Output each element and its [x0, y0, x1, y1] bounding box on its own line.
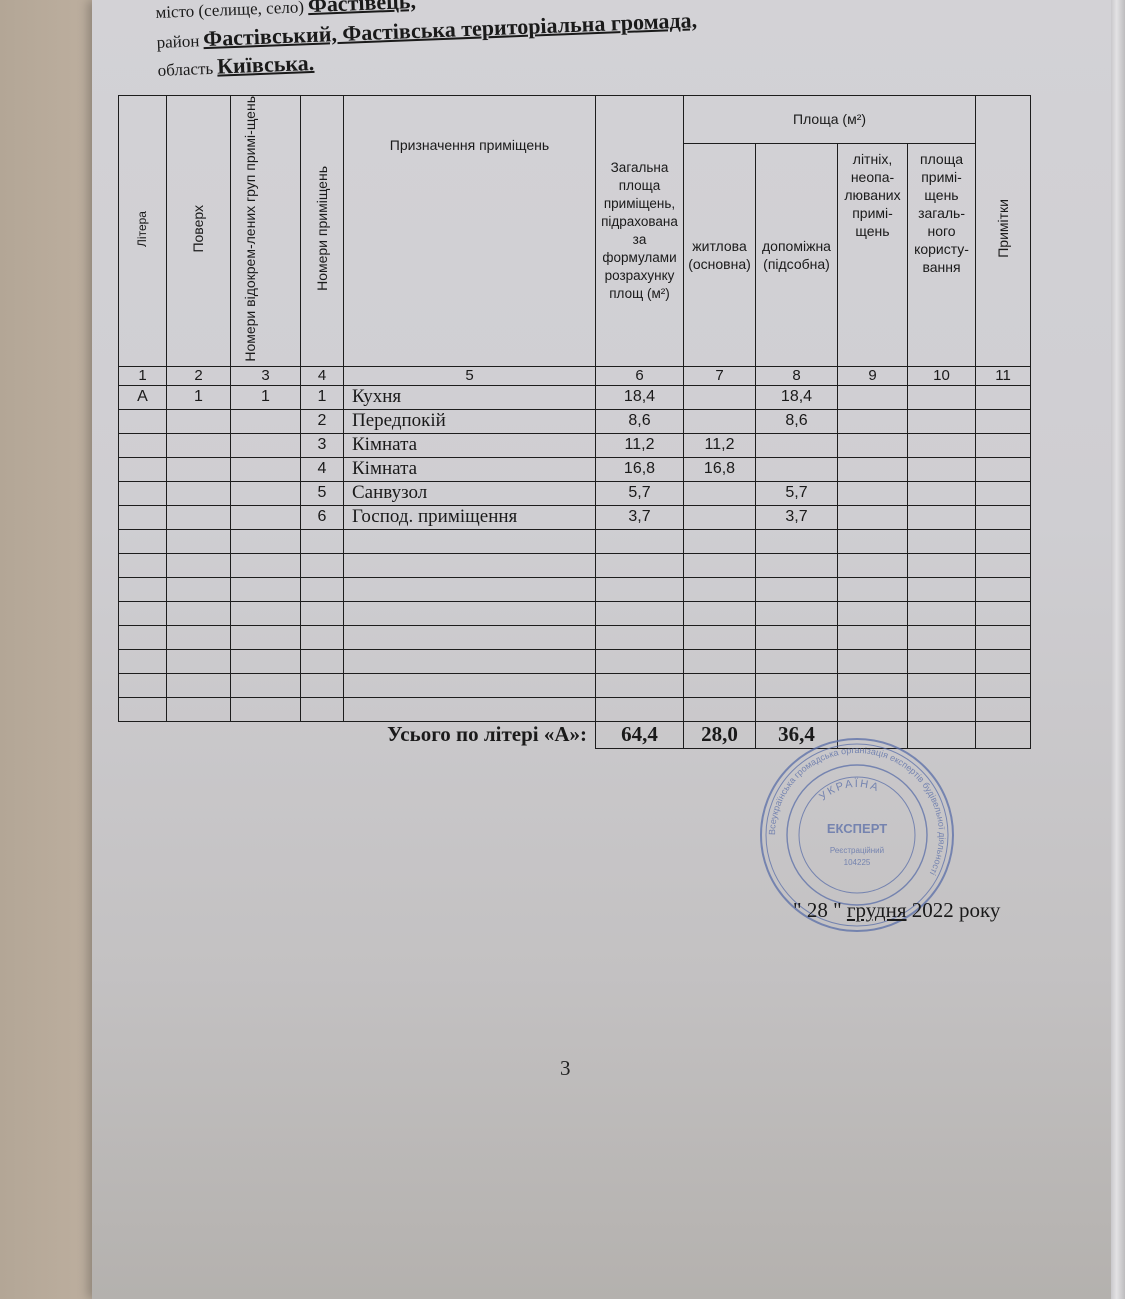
cell-group — [231, 409, 301, 433]
cell-floor — [167, 577, 231, 601]
cell-floor — [167, 697, 231, 721]
cell-living — [684, 481, 756, 505]
table-row — [119, 553, 1031, 577]
cell-summer — [838, 625, 908, 649]
cell-total — [596, 697, 684, 721]
cell-living — [684, 577, 756, 601]
cell-summer — [838, 673, 908, 697]
cell-litera — [119, 553, 167, 577]
cell-room — [301, 529, 344, 553]
column-number: 8 — [756, 366, 838, 385]
cell-group — [231, 433, 301, 457]
cell-litera — [119, 673, 167, 697]
cell-auxiliary: 5,7 — [756, 481, 838, 505]
cell-auxiliary — [756, 625, 838, 649]
rooms-table-wrapper: Літера Поверх Номери відокрем-лених груп… — [118, 95, 1030, 749]
table-row: 2Передпокій8,68,6 — [119, 409, 1031, 433]
table-row — [119, 697, 1031, 721]
cell-group — [231, 625, 301, 649]
cell-room: 5 — [301, 481, 344, 505]
header-auxiliary: допоміжна (підсобна) — [756, 143, 838, 366]
cell-notes — [976, 457, 1031, 481]
cell-group — [231, 697, 301, 721]
column-number: 10 — [908, 366, 976, 385]
header-purpose: Призначення приміщень — [344, 96, 596, 367]
total-label: Усього по літері «А»: — [344, 721, 596, 748]
cell-purpose — [344, 649, 596, 673]
cell-living: 16,8 — [684, 457, 756, 481]
cell-common — [908, 433, 976, 457]
cell-group — [231, 529, 301, 553]
cell-summer — [838, 385, 908, 409]
table-row: 3Кімната11,211,2 — [119, 433, 1031, 457]
cell-group — [231, 601, 301, 625]
cell-auxiliary: 18,4 — [756, 385, 838, 409]
cell-group: 1 — [231, 385, 301, 409]
cell-room: 2 — [301, 409, 344, 433]
total-notes — [976, 721, 1031, 748]
rooms-table: Літера Поверх Номери відокрем-лених груп… — [118, 95, 1031, 749]
table-row: 5Санвузол5,75,7 — [119, 481, 1031, 505]
cell-living — [684, 529, 756, 553]
cell-litera — [119, 649, 167, 673]
column-number: 9 — [838, 366, 908, 385]
column-number: 11 — [976, 366, 1031, 385]
cell-floor — [167, 481, 231, 505]
header-area-group: Площа (м²) — [684, 96, 976, 144]
cell-litera — [119, 409, 167, 433]
cell-purpose — [344, 697, 596, 721]
cell-summer — [838, 529, 908, 553]
column-number: 3 — [231, 366, 301, 385]
total-area-sum: 64,4 — [596, 721, 684, 748]
table-row — [119, 673, 1031, 697]
cell-notes — [976, 673, 1031, 697]
total-living-sum: 28,0 — [684, 721, 756, 748]
cell-auxiliary: 8,6 — [756, 409, 838, 433]
cell-room: 3 — [301, 433, 344, 457]
cell-litera — [119, 433, 167, 457]
cell-common — [908, 577, 976, 601]
cell-purpose: Кімната — [344, 457, 596, 481]
cell-notes — [976, 505, 1031, 529]
cell-room: 6 — [301, 505, 344, 529]
cell-summer — [838, 457, 908, 481]
cell-notes — [976, 553, 1031, 577]
table-row — [119, 577, 1031, 601]
cell-group — [231, 649, 301, 673]
cell-notes — [976, 601, 1031, 625]
district-label: район — [156, 31, 199, 52]
region-value: Київська. — [217, 50, 315, 79]
cell-litera: А — [119, 385, 167, 409]
cell-notes — [976, 625, 1031, 649]
cell-living — [684, 625, 756, 649]
table-row: А111Кухня18,418,4 — [119, 385, 1031, 409]
cell-common — [908, 625, 976, 649]
cell-room: 1 — [301, 385, 344, 409]
cell-total — [596, 577, 684, 601]
cell-summer — [838, 577, 908, 601]
cell-total — [596, 673, 684, 697]
cell-auxiliary — [756, 553, 838, 577]
cell-common — [908, 481, 976, 505]
cell-floor — [167, 601, 231, 625]
cell-group — [231, 505, 301, 529]
cell-floor — [167, 505, 231, 529]
cell-room — [301, 673, 344, 697]
header-room-numbers: Номери приміщень — [301, 96, 344, 367]
cell-total — [596, 649, 684, 673]
cell-group — [231, 553, 301, 577]
date-month: грудня — [847, 898, 907, 922]
cell-auxiliary — [756, 673, 838, 697]
cell-litera — [119, 601, 167, 625]
date-year: 2022 року — [912, 898, 1001, 922]
cell-room — [301, 577, 344, 601]
cell-summer — [838, 553, 908, 577]
svg-text:Реєстраційний: Реєстраційний — [830, 846, 884, 855]
header-total-area: Загальна площа приміщень, підрахована за… — [596, 96, 684, 367]
cell-notes — [976, 433, 1031, 457]
cell-summer — [838, 481, 908, 505]
cell-litera — [119, 577, 167, 601]
cell-purpose: Господ. приміщення — [344, 505, 596, 529]
cell-total — [596, 625, 684, 649]
cell-purpose — [344, 577, 596, 601]
cell-total: 8,6 — [596, 409, 684, 433]
cell-total — [596, 553, 684, 577]
cell-room — [301, 625, 344, 649]
column-number: 7 — [684, 366, 756, 385]
cell-litera — [119, 505, 167, 529]
header-notes: Примітки — [976, 96, 1031, 367]
signature-date: " 28 " грудня 2022 року — [793, 898, 1000, 923]
cell-living — [684, 601, 756, 625]
cell-litera — [119, 625, 167, 649]
region-label: область — [157, 59, 213, 80]
cell-purpose — [344, 529, 596, 553]
cell-room: 4 — [301, 457, 344, 481]
column-number: 4 — [301, 366, 344, 385]
cell-auxiliary — [756, 457, 838, 481]
cell-summer — [838, 649, 908, 673]
cell-living — [684, 409, 756, 433]
cell-auxiliary: 3,7 — [756, 505, 838, 529]
cell-total: 3,7 — [596, 505, 684, 529]
cell-group — [231, 481, 301, 505]
cell-purpose: Передпокій — [344, 409, 596, 433]
city-value: Фастівець, — [307, 0, 416, 17]
cell-room — [301, 649, 344, 673]
cell-purpose: Кімната — [344, 433, 596, 457]
cell-common — [908, 529, 976, 553]
cell-floor — [167, 625, 231, 649]
cell-common — [908, 697, 976, 721]
cell-floor: 1 — [167, 385, 231, 409]
table-row — [119, 649, 1031, 673]
cell-purpose — [344, 673, 596, 697]
cell-common — [908, 649, 976, 673]
column-number: 5 — [344, 366, 596, 385]
header-litera: Літера — [119, 96, 167, 367]
cell-purpose: Кухня — [344, 385, 596, 409]
rooms-table-body: А111Кухня18,418,42Передпокій8,68,63Кімна… — [119, 385, 1031, 721]
svg-text:УКРАЇНА: УКРАЇНА — [817, 778, 881, 803]
column-number: 2 — [167, 366, 231, 385]
table-row — [119, 625, 1031, 649]
header-group-numbers: Номери відокрем-лених груп примі-щень — [231, 96, 301, 367]
cell-floor — [167, 553, 231, 577]
cell-purpose — [344, 625, 596, 649]
cell-auxiliary — [756, 601, 838, 625]
table-row: 6Господ. приміщення3,73,7 — [119, 505, 1031, 529]
cell-auxiliary — [756, 697, 838, 721]
cell-living — [684, 553, 756, 577]
cell-litera — [119, 481, 167, 505]
cell-floor — [167, 457, 231, 481]
cell-total — [596, 601, 684, 625]
cell-living: 11,2 — [684, 433, 756, 457]
cell-auxiliary — [756, 577, 838, 601]
cell-common — [908, 505, 976, 529]
cell-litera — [119, 529, 167, 553]
cell-litera — [119, 457, 167, 481]
cell-summer — [838, 601, 908, 625]
cell-group — [231, 673, 301, 697]
cell-room — [301, 553, 344, 577]
cell-room — [301, 697, 344, 721]
cell-living — [684, 673, 756, 697]
cell-group — [231, 457, 301, 481]
column-number: 1 — [119, 366, 167, 385]
cell-total: 18,4 — [596, 385, 684, 409]
cell-common — [908, 457, 976, 481]
cell-purpose — [344, 601, 596, 625]
svg-text:ЕКСПЕРТ: ЕКСПЕРТ — [827, 821, 887, 836]
cell-summer — [838, 697, 908, 721]
cell-notes — [976, 577, 1031, 601]
cell-auxiliary — [756, 433, 838, 457]
cell-auxiliary — [756, 649, 838, 673]
page-stack-edge — [1111, 0, 1125, 1299]
cell-living — [684, 697, 756, 721]
cell-notes — [976, 697, 1031, 721]
cell-total — [596, 529, 684, 553]
cell-purpose — [344, 553, 596, 577]
column-number: 6 — [596, 366, 684, 385]
cell-living — [684, 649, 756, 673]
cell-notes — [976, 385, 1031, 409]
city-label: місто (селище, село) — [155, 0, 304, 22]
cell-auxiliary — [756, 529, 838, 553]
cell-common — [908, 409, 976, 433]
svg-text:104225: 104225 — [844, 858, 871, 867]
cell-room — [301, 601, 344, 625]
header-floor: Поверх — [167, 96, 231, 367]
table-row: 4Кімната16,816,8 — [119, 457, 1031, 481]
cell-notes — [976, 529, 1031, 553]
cell-living — [684, 505, 756, 529]
cell-living — [684, 385, 756, 409]
header-common: площа примі-щень загаль-ного користу-ван… — [908, 143, 976, 366]
cell-floor — [167, 409, 231, 433]
table-row — [119, 601, 1031, 625]
cell-floor — [167, 433, 231, 457]
table-row — [119, 529, 1031, 553]
cell-common — [908, 673, 976, 697]
cell-floor — [167, 529, 231, 553]
cell-common — [908, 385, 976, 409]
cell-litera — [119, 697, 167, 721]
cell-purpose: Санвузол — [344, 481, 596, 505]
total-spacer — [119, 721, 344, 748]
cell-notes — [976, 409, 1031, 433]
cell-total: 11,2 — [596, 433, 684, 457]
cell-common — [908, 601, 976, 625]
date-day: " 28 " — [793, 898, 842, 922]
cell-summer — [838, 433, 908, 457]
column-number-row: 1234567891011 — [119, 366, 1031, 385]
cell-summer — [838, 505, 908, 529]
cell-floor — [167, 649, 231, 673]
cell-notes — [976, 649, 1031, 673]
cell-total: 16,8 — [596, 457, 684, 481]
cell-floor — [167, 673, 231, 697]
header-living: житлова (основна) — [684, 143, 756, 366]
cell-summer — [838, 409, 908, 433]
cell-group — [231, 577, 301, 601]
cell-notes — [976, 481, 1031, 505]
cell-common — [908, 553, 976, 577]
page-number: 3 — [560, 1056, 571, 1081]
header-summer: літніх, неопа-люваних примі-щень — [838, 143, 908, 366]
cell-total: 5,7 — [596, 481, 684, 505]
